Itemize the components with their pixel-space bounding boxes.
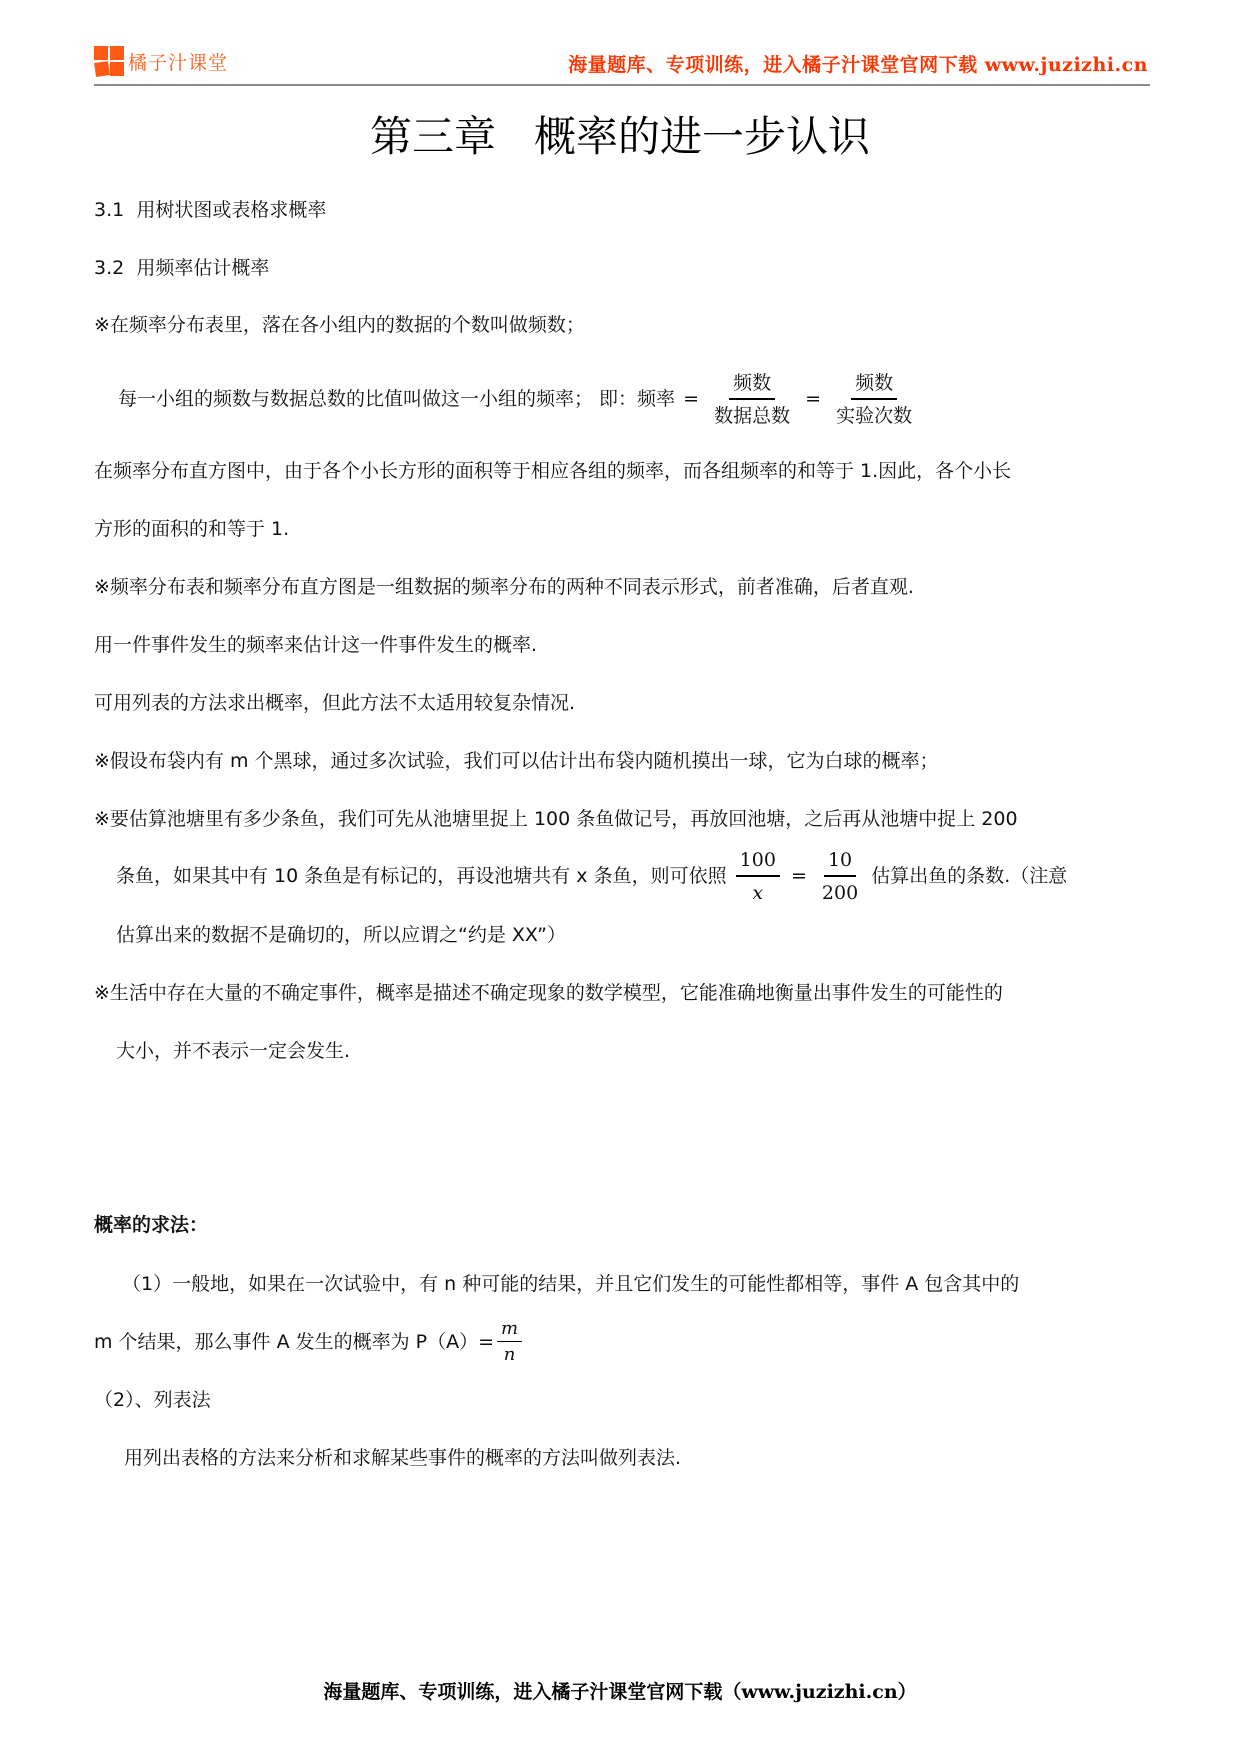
paragraph-fish-line1: ※要估算池塘里有多少条鱼，我们可先从池塘里捉上 100 条鱼做记号，再放回池塘，… xyxy=(94,806,1018,832)
logo-text: 橘子汁课堂 xyxy=(128,48,228,75)
logo-squares-icon xyxy=(94,46,124,76)
fish-text-pre: 条鱼，如果其中有 10 条鱼是有标记的，再设池塘共有 x 条鱼，则可依照 xyxy=(116,865,727,887)
denominator: x xyxy=(748,877,767,909)
numerator: 10 xyxy=(824,845,856,877)
fraction-freq-over-trials: 频数 实验次数 xyxy=(832,368,916,432)
chapter-number: 第三章 xyxy=(370,112,496,161)
section-3-1: 3.1 用树状图或表格求概率 xyxy=(94,197,326,223)
paragraph-uncertain-line1: ※生活中存在大量的不确定事件，概率是描述不确定现象的数学模型，它能准确地衡量出事… xyxy=(94,980,1003,1006)
fraction-freq-over-total: 频数 数据总数 xyxy=(710,368,794,432)
methods-heading: 概率的求法： xyxy=(94,1212,208,1238)
denominator: n xyxy=(500,1342,520,1368)
denominator: 200 xyxy=(818,877,862,909)
paragraph-fish-line3: 估算出来的数据不是确切的，所以应谓之“约是 XX”） xyxy=(116,922,566,948)
paragraph-fish-line2: 条鱼，如果其中有 10 条鱼是有标记的，再设池塘共有 x 条鱼，则可依照 100… xyxy=(116,844,1067,909)
numerator: 频数 xyxy=(729,368,775,400)
paragraph-frequency-count: ※在频率分布表里，落在各小组内的数据的个数叫做频数； xyxy=(94,312,585,338)
chapter-name: 概率的进一步认识 xyxy=(534,112,870,161)
header-slogan: 海量题库、专项训练，进入橘子汁课堂官网下载 www.juzizhi.cn xyxy=(568,50,1148,77)
paragraph-estimate: 用一件事件发生的频率来估计这一件事件发生的概率. xyxy=(94,632,537,658)
brand-logo: 橘子汁课堂 xyxy=(94,46,228,76)
page-footer: 海量题库、专项训练，进入橘子汁课堂官网下载（www.juzizhi.cn） xyxy=(0,1677,1240,1704)
section-number: 3.1 xyxy=(94,199,124,221)
paragraph-table-vs-histogram: ※频率分布表和频率分布直方图是一组数据的频率分布的两种不同表示形式，前者准确，后… xyxy=(94,574,914,600)
paragraph-histogram-line2: 方形的面积的和等于 1. xyxy=(94,516,289,542)
paragraph-list-method: 可用列表的方法求出概率，但此方法不太适用较复杂情况. xyxy=(94,690,575,716)
fish-text-post: 估算出鱼的条数.（注意 xyxy=(871,865,1067,887)
denominator: 数据总数 xyxy=(710,400,794,432)
section-3-2: 3.2 用频率估计概率 xyxy=(94,255,269,281)
fraction-10-over-200: 10 200 xyxy=(818,845,862,909)
paragraph-frequency-formula: 每一小组的频数与数据总数的比值叫做这一小组的频率； 即：频率 = 频数 数据总数… xyxy=(118,368,919,432)
method-1-text: m 个结果，那么事件 A 发生的概率为 P（A）= xyxy=(94,1331,494,1353)
numerator: m xyxy=(497,1317,522,1342)
equals-sign: = xyxy=(791,865,807,887)
fraction-m-over-n: m n xyxy=(497,1317,522,1368)
method-1-line1: （1）一般地，如果在一次试验中，有 n 种可能的结果，并且它们发生的可能性都相等… xyxy=(122,1271,1019,1297)
paragraph-black-balls: ※假设布袋内有 m 个黑球，通过多次试验，我们可以估计出布袋内随机摸出一球，它为… xyxy=(94,748,939,774)
page-header: 橘子汁课堂 海量题库、专项训练，进入橘子汁课堂官网下载 www.juzizhi.… xyxy=(94,40,1150,86)
header-divider xyxy=(94,84,1150,86)
paragraph-uncertain-line2: 大小，并不表示一定会发生. xyxy=(116,1038,350,1064)
formula-lead-text: 每一小组的频数与数据总数的比值叫做这一小组的频率； 即：频率 xyxy=(118,388,675,410)
section-label: 用频率估计概率 xyxy=(136,257,269,279)
numerator: 100 xyxy=(736,845,780,877)
method-1-line2: m 个结果，那么事件 A 发生的概率为 P（A）= m n xyxy=(94,1312,525,1372)
numerator: 频数 xyxy=(851,368,897,400)
equals-sign: = xyxy=(683,388,699,410)
method-2-text: 用列出表格的方法来分析和求解某些事件的概率的方法叫做列表法. xyxy=(124,1445,681,1471)
method-2-heading: （2）、列表法 xyxy=(94,1387,211,1413)
chapter-title: 第三章概率的进一步认识 xyxy=(0,104,1240,164)
section-number: 3.2 xyxy=(94,257,124,279)
denominator: 实验次数 xyxy=(832,400,916,432)
fraction-100-over-x: 100 x xyxy=(736,845,780,909)
section-label: 用树状图或表格求概率 xyxy=(136,199,326,221)
equals-sign: = xyxy=(805,388,821,410)
paragraph-histogram-line1: 在频率分布直方图中，由于各个小长方形的面积等于相应各组的频率，而各组频率的和等于… xyxy=(94,458,1011,484)
